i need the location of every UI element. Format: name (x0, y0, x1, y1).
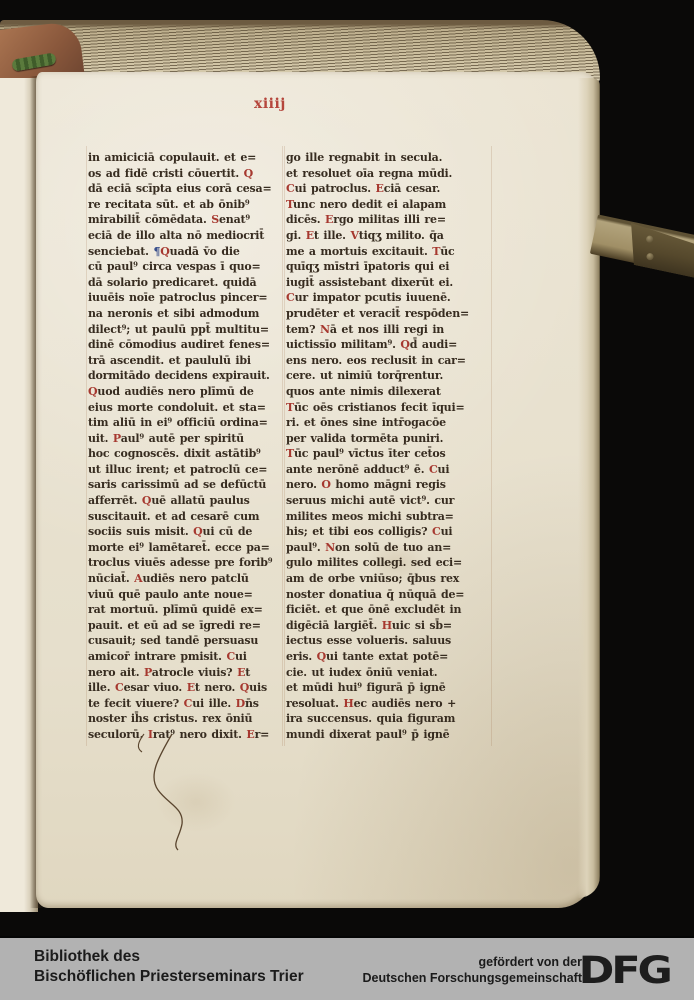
manuscript-line: Tunc nero dedit ei alapam (286, 197, 490, 213)
manuscript-line: tem? Nā et nos illi regi in (286, 322, 490, 338)
manuscript-line: ante nerōnē adduct⁹ ē. Cui (286, 462, 490, 478)
ruling-line (86, 146, 87, 746)
manuscript-line: paul⁹. Non solū de tuo an= (286, 540, 490, 556)
manuscript-line: suscitauit. et ad cesarē cum (88, 509, 284, 525)
manuscript-line: dormitādo decidens expirauit. (88, 368, 284, 384)
manuscript-line: uit. Paul⁹ autē per spiritū (88, 431, 284, 447)
manuscript-line: nūciat̄. Audiēs nero patclū (88, 571, 284, 587)
manuscript-line: gulo milites collegi. sed eci= (286, 555, 490, 571)
manuscript-line: nero. O homo māgni regis (286, 477, 490, 493)
manuscript-line: sociis suis misit. Qui cū de (88, 524, 284, 540)
fore-edge (578, 78, 600, 898)
clasp-leather (590, 214, 694, 277)
manuscript-line: ille. Cesar viuo. Et nero. Quis (88, 680, 284, 696)
manuscript-line: ut illuc irent; et patroclū ce= (88, 462, 284, 478)
clasp-strap (594, 206, 694, 286)
manuscript-line: amicor̄ intrare pmisit. Cui (88, 649, 284, 665)
text-column-left: in amiciciā copulauit. et e=os ad fidē c… (88, 150, 284, 743)
library-line1: Bibliothek des (34, 947, 304, 967)
dfg-logo: DFG (579, 948, 670, 992)
manuscript-line: eris. Qui tante extat potē= (286, 649, 490, 665)
manuscript-line: prudēter et veracit̄ respōden= (286, 306, 490, 322)
manuscript-line: gi. Et ille. Vtiqʒ milito. q̄a (286, 228, 490, 244)
rivet-icon (645, 235, 653, 243)
manuscript-line: quos ante nimis dilexerat (286, 384, 490, 400)
manuscript-line: dicēs. Ergo militas illi re= (286, 212, 490, 228)
manuscript-line: eciā de illo alta nō mediocrit̄ (88, 228, 284, 244)
manuscript-line: os ad fidē cristi cōuertit. Q (88, 166, 284, 182)
manuscript-line: dinē cōmodius audiret fenes= (88, 337, 284, 353)
manuscript-line: et mūdi hui⁹ figurā p̄ ignē (286, 680, 490, 696)
text-column-right: go ille regnabit in secula.et resoluet o… (286, 150, 490, 743)
manuscript-line: digēciā largiēt̄. Huic si sb̄= (286, 618, 490, 634)
manuscript-line: pauit. et eū ad se īgredi re= (88, 618, 284, 634)
manuscript-line: saris carissimū ad se defūctū (88, 477, 284, 493)
manuscript-line: his; et tibi eos colligis? Cui (286, 524, 490, 540)
parchment-page: xiiij in amiciciā copulauit. et e=os ad … (36, 72, 598, 908)
manuscript-line: uictissīo militam⁹. Qd̄ audi= (286, 337, 490, 353)
manuscript-line: cie. ut iudex ōniū veniat. (286, 665, 490, 681)
manuscript-line: trā ascendit. et paululū ibi (88, 353, 284, 369)
manuscript-line: resoluat. Hec audiēs nero + (286, 696, 490, 712)
manuscript-line: quīqʒ mīstri īpatoris qui ei (286, 259, 490, 275)
manuscript-line: tim aliū in ei⁹ officiū ordina= (88, 415, 284, 431)
photo-background: xiiij in amiciciā copulauit. et e=os ad … (0, 0, 694, 1000)
manuscript-line: cere. ut nimiū torq̄rentur. (286, 368, 490, 384)
funding-credit: gefördert von der Deutschen Forschungsge… (363, 954, 583, 986)
manuscript-line: dā solario predicaret. quidā (88, 275, 284, 291)
manuscript-line: ens nero. eos reclusit in car= (286, 353, 490, 369)
manuscript-line: dā eciā scīpta eius corā cesa= (88, 181, 284, 197)
manuscript-line: dilect⁹; ut paulū ppt̄ multitu= (88, 322, 284, 338)
manuscript-line: re recitata sūt. et ab ōnib⁹ (88, 197, 284, 213)
manuscript-line: me a mortuis excitauit. Tūc (286, 244, 490, 260)
manuscript-line: Quod audiēs nero plīmū de (88, 384, 284, 400)
manuscript-line: Cur impator pcutis iuuenē. (286, 290, 490, 306)
manuscript-line: na neronis et sibi admodum (88, 306, 284, 322)
manuscript-line: iugit̄ assistebant dixerūt ei. (286, 275, 490, 291)
manuscript-line: am de orbe vniūso; q̄bus rex (286, 571, 490, 587)
manuscript-line: iectus esse volueris. saluus (286, 633, 490, 649)
manuscript-line: morte ei⁹ lamētaret̄. ecce pa= (88, 540, 284, 556)
footer-bar: Bibliothek des Bischöflichen Priestersem… (0, 936, 694, 1000)
manuscript-line: noster donatiua q̄ nūquā de= (286, 587, 490, 603)
manuscript-line: afferrēt. Quē allatū paulus (88, 493, 284, 509)
manuscript-line: per valida tormēta puniri. (286, 431, 490, 447)
manuscript-line: seruus michi autē vict⁹. cur (286, 493, 490, 509)
clasp-metal-plate (623, 220, 694, 280)
manuscript-line: milites meos michi subtra= (286, 509, 490, 525)
manuscript-line: senciebat. ¶Quadā v̄o die (88, 244, 284, 260)
manuscript-line: ficiēt. et que ōnē excludēt in (286, 602, 490, 618)
manuscript-line: ri. et ōnes sine intr̄ogacōe (286, 415, 490, 431)
manuscript-line: Tūc paul⁹ vīctus īter cet̄os (286, 446, 490, 462)
manuscript-line: mundi dixerat paul⁹ p̄ ignē (286, 727, 490, 743)
manuscript-line: Tūc oēs cristianos fecit īqui= (286, 400, 490, 416)
pen-flourish-icon (128, 732, 218, 852)
manuscript-line: viuū quē paulo ante noue= (88, 587, 284, 603)
folio-number: xiiij (254, 96, 286, 112)
library-line2: Bischöflichen Priesterseminars Trier (34, 967, 304, 987)
manuscript-line: Cui patroclus. Eciā cesar. (286, 181, 490, 197)
ruling-line (284, 146, 285, 746)
manuscript-line: cū paul⁹ circa vespas ī quo= (88, 259, 284, 275)
manuscript-line: nero ait. Patrocle viuis? Et (88, 665, 284, 681)
manuscript-line: mirabilit̄ cōmēdata. Senat⁹ (88, 212, 284, 228)
manuscript-line: rat mortuū. plīmū quidē ex= (88, 602, 284, 618)
manuscript-line: hoc cognoscēs. dixit astātib⁹ (88, 446, 284, 462)
ruling-line (491, 146, 492, 746)
funding-line1: gefördert von der (363, 954, 583, 970)
manuscript-line: go ille regnabit in secula. (286, 150, 490, 166)
manuscript-line: in amiciciā copulauit. et e= (88, 150, 284, 166)
manuscript-line: eius morte condoluit. et sta= (88, 400, 284, 416)
manuscript-line: cusauit; sed tandē persuasu (88, 633, 284, 649)
manuscript-line: troclus viuēs adesse pre forib⁹ (88, 555, 284, 571)
rivet-icon (646, 252, 654, 260)
manuscript-line: te fecit viuere? Cui ille. Dn̄s (88, 696, 284, 712)
manuscript-line: et resoluet oīa regna mūdi. (286, 166, 490, 182)
manuscript-line: ira succensus. quia figuram (286, 711, 490, 727)
manuscript-line: iuuēis noīe patroclus pincer= (88, 290, 284, 306)
library-name: Bibliothek des Bischöflichen Priestersem… (34, 947, 304, 987)
funding-line2: Deutschen Forschungsgemeinschaft (363, 970, 583, 986)
manuscript-line: noster ih̄s cristus. rex ōniū (88, 711, 284, 727)
